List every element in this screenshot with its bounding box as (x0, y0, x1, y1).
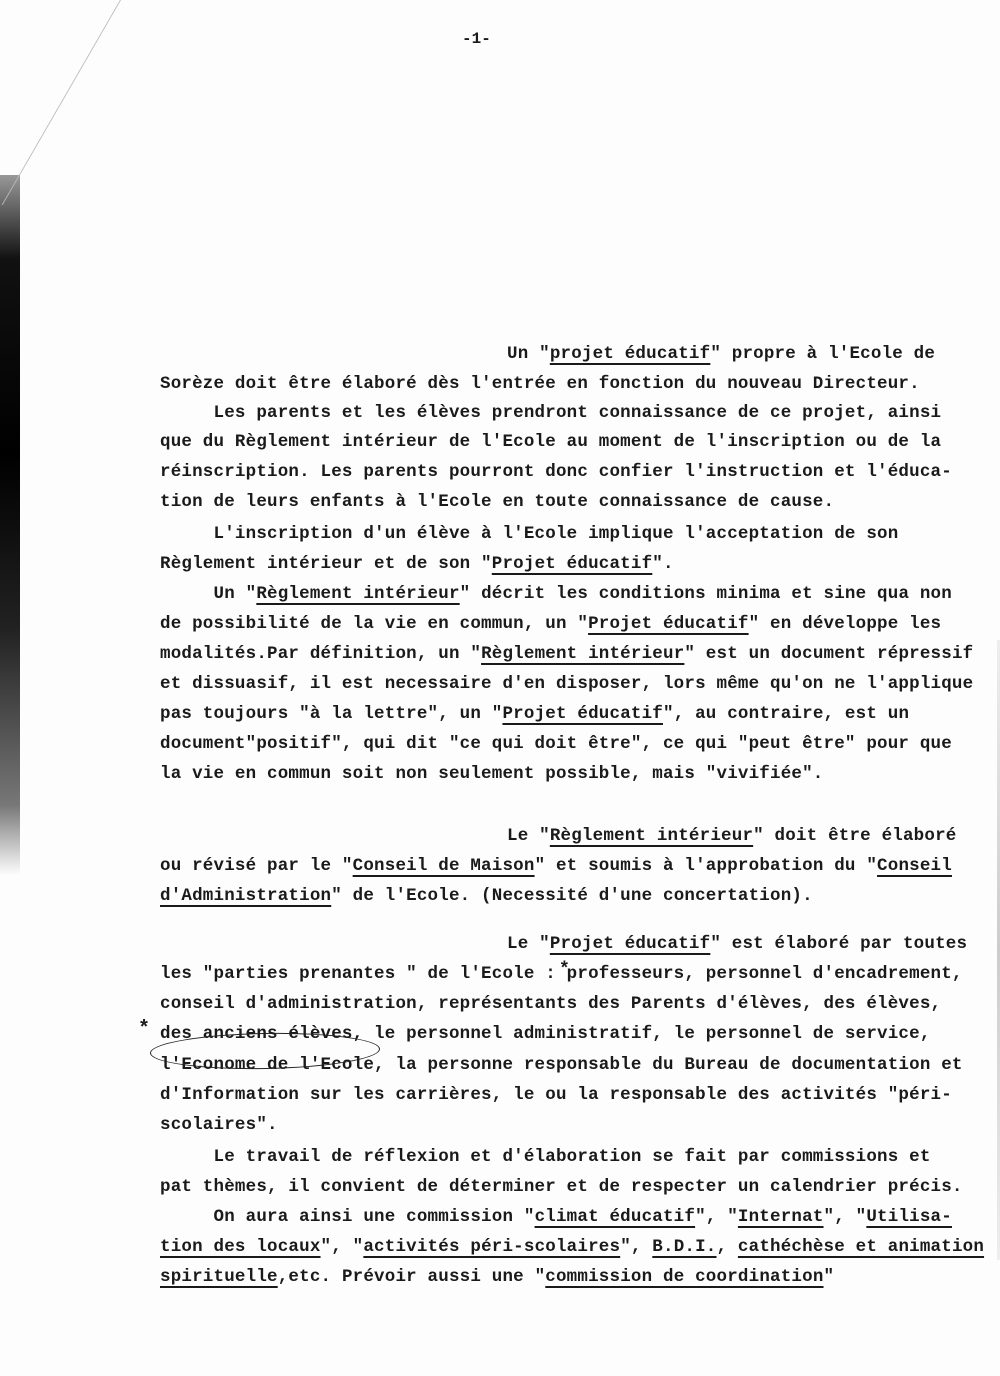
text-run: Règlement intérieur et de son " (160, 554, 492, 574)
text-line: de possibilité de la vie en commun, un "… (160, 614, 941, 634)
text-run: conseil d'administration, représentants … (160, 994, 941, 1014)
text-line: conseil d'administration, représentants … (160, 994, 941, 1014)
underlined-term: activités péri-scolaires (363, 1237, 620, 1257)
text-run: " doit être élaboré (753, 826, 956, 846)
underlined-term: Internat (738, 1207, 824, 1227)
handwritten-asterisk-icon: * (559, 960, 570, 980)
text-run: , (717, 1237, 738, 1257)
text-run: " décrit les conditions minima et sine q… (460, 584, 952, 604)
text-run: scolaires". (160, 1115, 278, 1135)
underlined-term: Projet éducatif (588, 614, 749, 634)
text-run: de possibilité de la vie en commun, un " (160, 614, 588, 634)
text-run: tion de leurs enfants à l'Ecole en toute… (160, 492, 834, 512)
text-run: ", " (321, 1237, 364, 1257)
handwritten-asterisk-icon: * (138, 1018, 150, 1041)
text-run: d'Information sur les carrières, le ou l… (160, 1085, 952, 1105)
text-run: " est élaboré par toutes (710, 934, 967, 954)
text-run: ,etc. Prévoir aussi une " (278, 1267, 546, 1287)
text-run: et dissuasif, il est necessaire d'en dis… (160, 674, 973, 694)
text-line: et dissuasif, il est necessaire d'en dis… (160, 674, 973, 694)
text-run: ", (620, 1237, 652, 1257)
underlined-term: Règlement intérieur (550, 826, 753, 846)
underlined-term: commission de coordination (545, 1267, 823, 1287)
text-run: Le travail de réflexion et d'élaboration… (160, 1147, 931, 1167)
text-run: réinscription. Les parents pourront donc… (160, 462, 952, 482)
page-number: -1- (462, 30, 491, 48)
text-run: " propre à l'Ecole de (710, 344, 935, 364)
text-run: la vie en commun soit non seulement poss… (160, 764, 824, 784)
underlined-term: d'Administration (160, 886, 331, 906)
text-line: pas toujours "à la lettre", un "Projet é… (160, 704, 909, 724)
text-run: " en développe les (749, 614, 942, 634)
underlined-term: spirituelle (160, 1267, 278, 1287)
text-line: Un "Règlement intérieur" décrit les cond… (160, 584, 952, 604)
text-run: " est un document répressif (684, 644, 973, 664)
text-run: " (824, 1267, 835, 1287)
text-run: ". (652, 554, 673, 574)
text-line: pat thèmes, il convient de déterminer et… (160, 1177, 963, 1197)
text-run: pas toujours "à la lettre", un " (160, 704, 502, 724)
text-line: On aura ainsi une commission "climat édu… (160, 1207, 952, 1227)
text-line: que du Règlement intérieur de l'Ecole au… (160, 432, 941, 452)
text-line: Le travail de réflexion et d'élaboration… (160, 1147, 931, 1167)
text-run: document"positif", qui dit "ce qui doit … (160, 734, 952, 754)
text-run: ", au contraire, est un (663, 704, 909, 724)
text-run: Le " (507, 934, 550, 954)
text-line: modalités.Par définition, un "Règlement … (160, 644, 973, 664)
underlined-term: Projet éducatif (550, 934, 711, 954)
text-line: Les parents et les élèves prendront conn… (160, 403, 941, 423)
text-line: réinscription. Les parents pourront donc… (160, 462, 952, 482)
underlined-term: Conseil de Maison (353, 856, 535, 876)
text-run: ", " (695, 1207, 738, 1227)
underlined-term: climat éducatif (535, 1207, 696, 1227)
text-line: document"positif", qui dit "ce qui doit … (160, 734, 952, 754)
text-line: spirituelle,etc. Prévoir aussi une "comm… (160, 1267, 834, 1287)
paper-fold-line (2, 0, 121, 205)
text-run: On aura ainsi une commission " (160, 1207, 535, 1227)
text-line: ou révisé par le "Conseil de Maison" et … (160, 856, 952, 876)
text-line: tion des locaux", "activités péri-scolai… (160, 1237, 984, 1257)
underlined-term: projet éducatif (550, 344, 711, 364)
text-line: d'Information sur les carrières, le ou l… (160, 1085, 952, 1105)
underlined-term: B.D.I. (652, 1237, 716, 1257)
text-line: L'inscription d'un élève à l'Ecole impli… (160, 524, 898, 544)
text-line: Règlement intérieur et de son "Projet éd… (160, 554, 674, 574)
text-run: que du Règlement intérieur de l'Ecole au… (160, 432, 941, 452)
text-run: " et soumis à l'approbation du " (535, 856, 877, 876)
text-line: Un "projet éducatif" propre à l'Ecole de (507, 344, 935, 364)
underlined-term: tion des locaux (160, 1237, 321, 1257)
scan-shadow (0, 175, 20, 875)
text-line: la vie en commun soit non seulement poss… (160, 764, 824, 784)
text-run: ou révisé par le " (160, 856, 353, 876)
text-run: " de l'Ecole. (Necessité d'une concertat… (331, 886, 813, 906)
underlined-term: cathéchèse et animation (738, 1237, 984, 1257)
underlined-term: Projet éducatif (492, 554, 653, 574)
text-run: Les parents et les élèves prendront conn… (160, 403, 941, 423)
text-run: Un " (160, 584, 256, 604)
text-run: ", " (824, 1207, 867, 1227)
text-run: Un " (507, 344, 550, 364)
text-line: Le "Projet éducatif" est élaboré par tou… (507, 934, 967, 954)
text-line: Sorèze doit être élaboré dès l'entrée en… (160, 374, 920, 394)
underlined-term: Projet éducatif (502, 704, 663, 724)
underlined-term: Règlement intérieur (256, 584, 459, 604)
text-run: modalités.Par définition, un " (160, 644, 481, 664)
underlined-term: Conseil (877, 856, 952, 876)
text-run: L'inscription d'un élève à l'Ecole impli… (160, 524, 898, 544)
text-line: Le "Règlement intérieur" doit être élabo… (507, 826, 957, 846)
text-line: scolaires". (160, 1115, 278, 1135)
underlined-term: Utilisa- (866, 1207, 952, 1227)
text-run: Sorèze doit être élaboré dès l'entrée en… (160, 374, 920, 394)
text-run: Le " (507, 826, 550, 846)
text-line: tion de leurs enfants à l'Ecole en toute… (160, 492, 834, 512)
text-run: pat thèmes, il convient de déterminer et… (160, 1177, 963, 1197)
underlined-term: Règlement intérieur (481, 644, 684, 664)
text-line: d'Administration" de l'Ecole. (Necessité… (160, 886, 813, 906)
